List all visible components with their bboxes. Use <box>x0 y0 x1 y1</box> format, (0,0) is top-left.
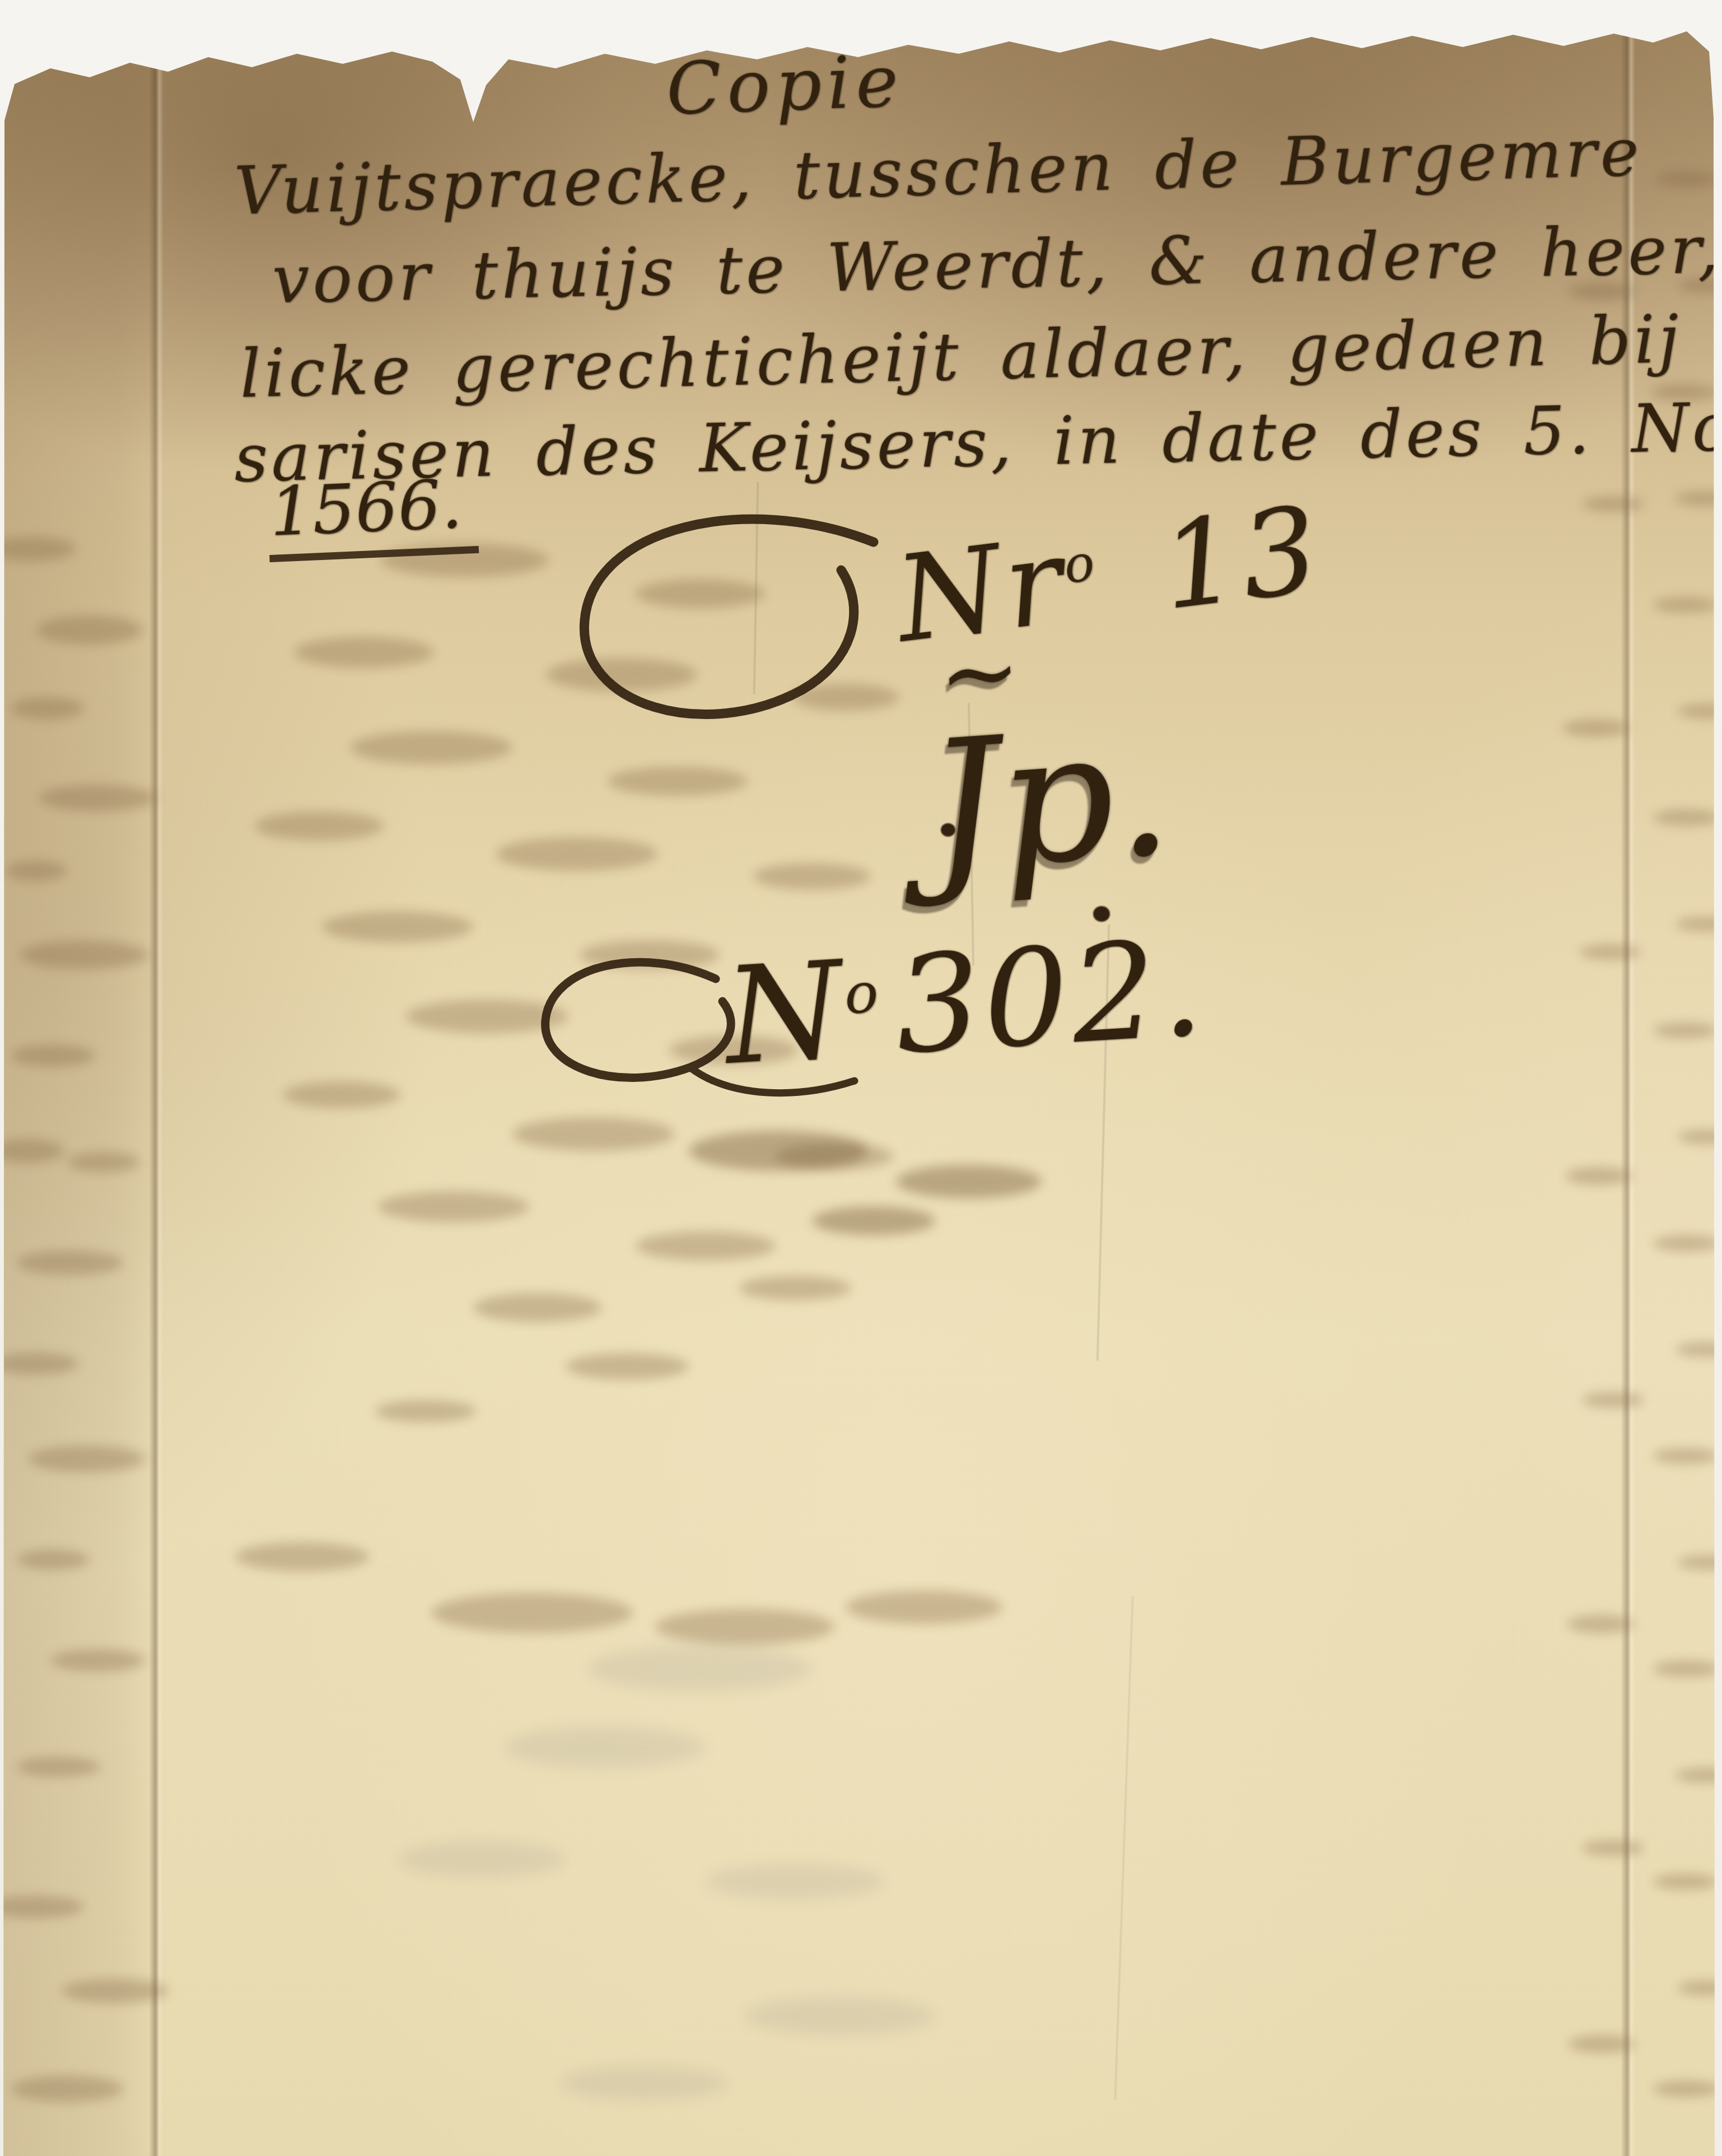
paper-sheet: Copie Vuijtspraecke, tusschen de Burgemr… <box>0 0 1722 2156</box>
numero-superscript: o <box>1061 534 1098 595</box>
inventory-prefix: N <box>721 932 850 1095</box>
scanned-document: Copie Vuijtspraecke, tusschen de Burgemr… <box>0 0 1722 2156</box>
monogram-tilde: ~ <box>935 613 1024 732</box>
numero-value: 13 <box>1154 479 1330 636</box>
numero-gap <box>1101 609 1168 617</box>
inventory-superscript: o <box>842 960 880 1027</box>
ink-dot <box>941 823 955 837</box>
scribe-monogram: ~ Jp. <box>922 687 1178 911</box>
year-label: 1566. <box>266 465 479 562</box>
document-type-label: Copie <box>665 40 906 132</box>
inventory-number: No 302. <box>721 911 1210 1095</box>
inventory-value: 302. <box>891 911 1210 1084</box>
